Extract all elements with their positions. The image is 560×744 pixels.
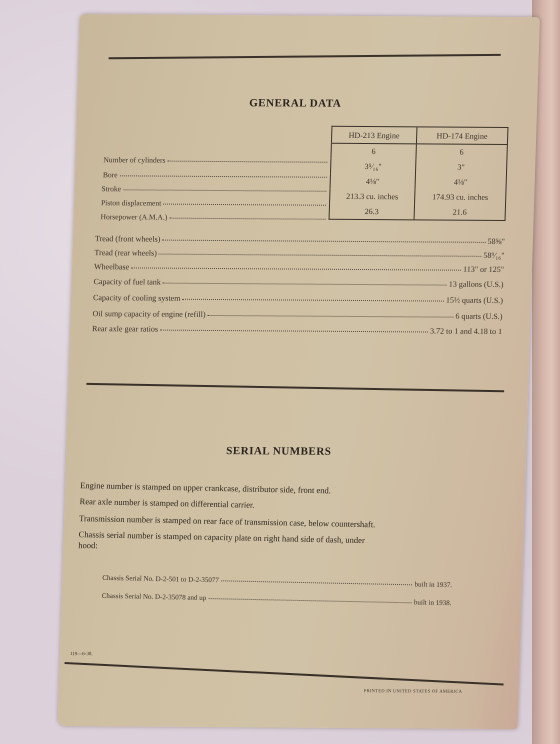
chassis-value: built in 1937. (414, 580, 452, 589)
spec-label: Wheelbase (94, 262, 129, 271)
spec-row: Tread (front wheels)58⅝" (95, 234, 505, 246)
cell: 6 (331, 143, 416, 159)
label: Stroke (101, 184, 121, 193)
label: Piston displacement (101, 198, 161, 207)
serial-numbers-title: SERIAL NUMBERS (226, 445, 331, 458)
engine-spec-table: HD-213 Engine HD-174 Engine 66 3⁵⁄₁₆"3" … (329, 126, 509, 221)
chassis-label: Chassis Serial No. D-2-35078 and up (102, 592, 207, 602)
leader-dots (208, 310, 454, 318)
paragraph: Chassis serial number is stamped on capa… (78, 529, 365, 545)
cell: 4⅛" (415, 174, 507, 190)
table-row-label: Number of cylinders (103, 155, 329, 166)
spec-value: 15½ quarts (U.S.) (446, 296, 503, 305)
column-hd213: HD-213 Engine (331, 126, 416, 144)
spec-value: 13 gallons (U.S.) (449, 280, 504, 289)
manual-page: GENERAL DATA HD-213 Engine HD-174 Engine… (58, 14, 540, 729)
spec-label: Tread (front wheels) (95, 234, 161, 243)
spec-value: 3.72 to 1 and 4.18 to 1 (430, 327, 502, 337)
leader-dots (163, 199, 326, 206)
leader-dots (160, 325, 428, 333)
leader-dots (163, 278, 447, 286)
chassis-label: Chassis Serial No. D-2-501 to D-2-35077 (102, 574, 219, 584)
table-row-label: Stroke (101, 184, 328, 195)
spec-value: 6 quarts (U.S.) (455, 312, 502, 321)
table-row-label: Piston displacement (101, 198, 328, 209)
table-row: 213.3 cu. inches174.93 cu. inches (330, 189, 506, 205)
cell: 21.6 (414, 204, 506, 220)
bottom-rule (65, 662, 504, 685)
cell: 213.3 cu. inches (330, 189, 415, 205)
table-row: 4⅛"4⅛" (330, 174, 506, 190)
chassis-value: built in 1938. (414, 598, 452, 607)
spec-row: Oil sump capacity of engine (refill)6 qu… (92, 309, 502, 321)
spec-row: Capacity of cooling system15½ quarts (U.… (93, 293, 503, 305)
leader-dots (221, 576, 413, 585)
chassis-row: Chassis Serial No. D-2-501 to D-2-35077b… (102, 574, 452, 589)
table-row-label: Bore (103, 170, 329, 181)
leader-dots (131, 262, 461, 270)
leader-dots (119, 170, 327, 177)
leader-dots (182, 294, 444, 302)
spec-value: 58⅝" (487, 237, 505, 246)
leader-dots (159, 249, 482, 257)
spec-label: Rear axle gear ratios (92, 324, 158, 333)
leader-dots (208, 594, 412, 603)
spec-label: Capacity of fuel tank (93, 277, 161, 286)
table-row: 66 (331, 143, 507, 160)
spec-row: Tread (rear wheels)58⁹⁄₁₆" (94, 248, 504, 260)
paragraph: Rear axle number is stamped on different… (79, 496, 254, 510)
cell: 26.3 (329, 204, 414, 220)
paragraph: Transmission number is stamped on rear f… (79, 513, 376, 529)
table-row: 3⁵⁄₁₆"3" (330, 159, 506, 175)
cell: 3" (415, 159, 507, 175)
general-data-title: GENERAL DATA (249, 97, 341, 110)
cell: 6 (416, 144, 508, 160)
spec-value: 113" or 125" (463, 265, 504, 274)
column-hd174: HD-174 Engine (416, 127, 508, 145)
table-row: 26.321.6 (329, 204, 505, 221)
section-divider (86, 383, 504, 392)
spec-row: Capacity of fuel tank13 gallons (U.S.) (93, 277, 503, 289)
top-rule (109, 54, 501, 59)
cell: 3⁵⁄₁₆" (330, 159, 415, 175)
paragraph: Engine number is stamped on upper crankc… (80, 480, 331, 495)
label: Horsepower (A.M.A.) (100, 212, 167, 221)
spec-row: Wheelbase113" or 125" (94, 262, 504, 274)
spec-row: Rear axle gear ratios3.72 to 1 and 4.18 … (92, 324, 502, 336)
chassis-row: Chassis Serial No. D-2-35078 and upbuilt… (102, 592, 452, 607)
paragraph: hood: (78, 540, 98, 550)
spec-value: 58⁹⁄₁₆" (483, 251, 504, 260)
table-row-label: Horsepower (A.M.A.) (100, 212, 327, 223)
leader-dots (123, 184, 327, 191)
leader-dots (167, 156, 327, 163)
label: Bore (103, 170, 118, 179)
label: Number of cylinders (103, 155, 165, 164)
leader-dots (162, 235, 485, 243)
printed-notice: PRINTED IN UNITED STATES OF AMERICA (364, 688, 463, 694)
leader-dots (169, 213, 326, 220)
spec-label: Oil sump capacity of engine (refill) (92, 309, 205, 319)
spec-label: Tread (rear wheels) (94, 248, 157, 257)
cell: 174.93 cu. inches (414, 189, 506, 205)
spec-label: Capacity of cooling system (93, 293, 181, 303)
cell: 4⅛" (330, 174, 415, 190)
form-code: 119—6-38. (70, 652, 93, 657)
